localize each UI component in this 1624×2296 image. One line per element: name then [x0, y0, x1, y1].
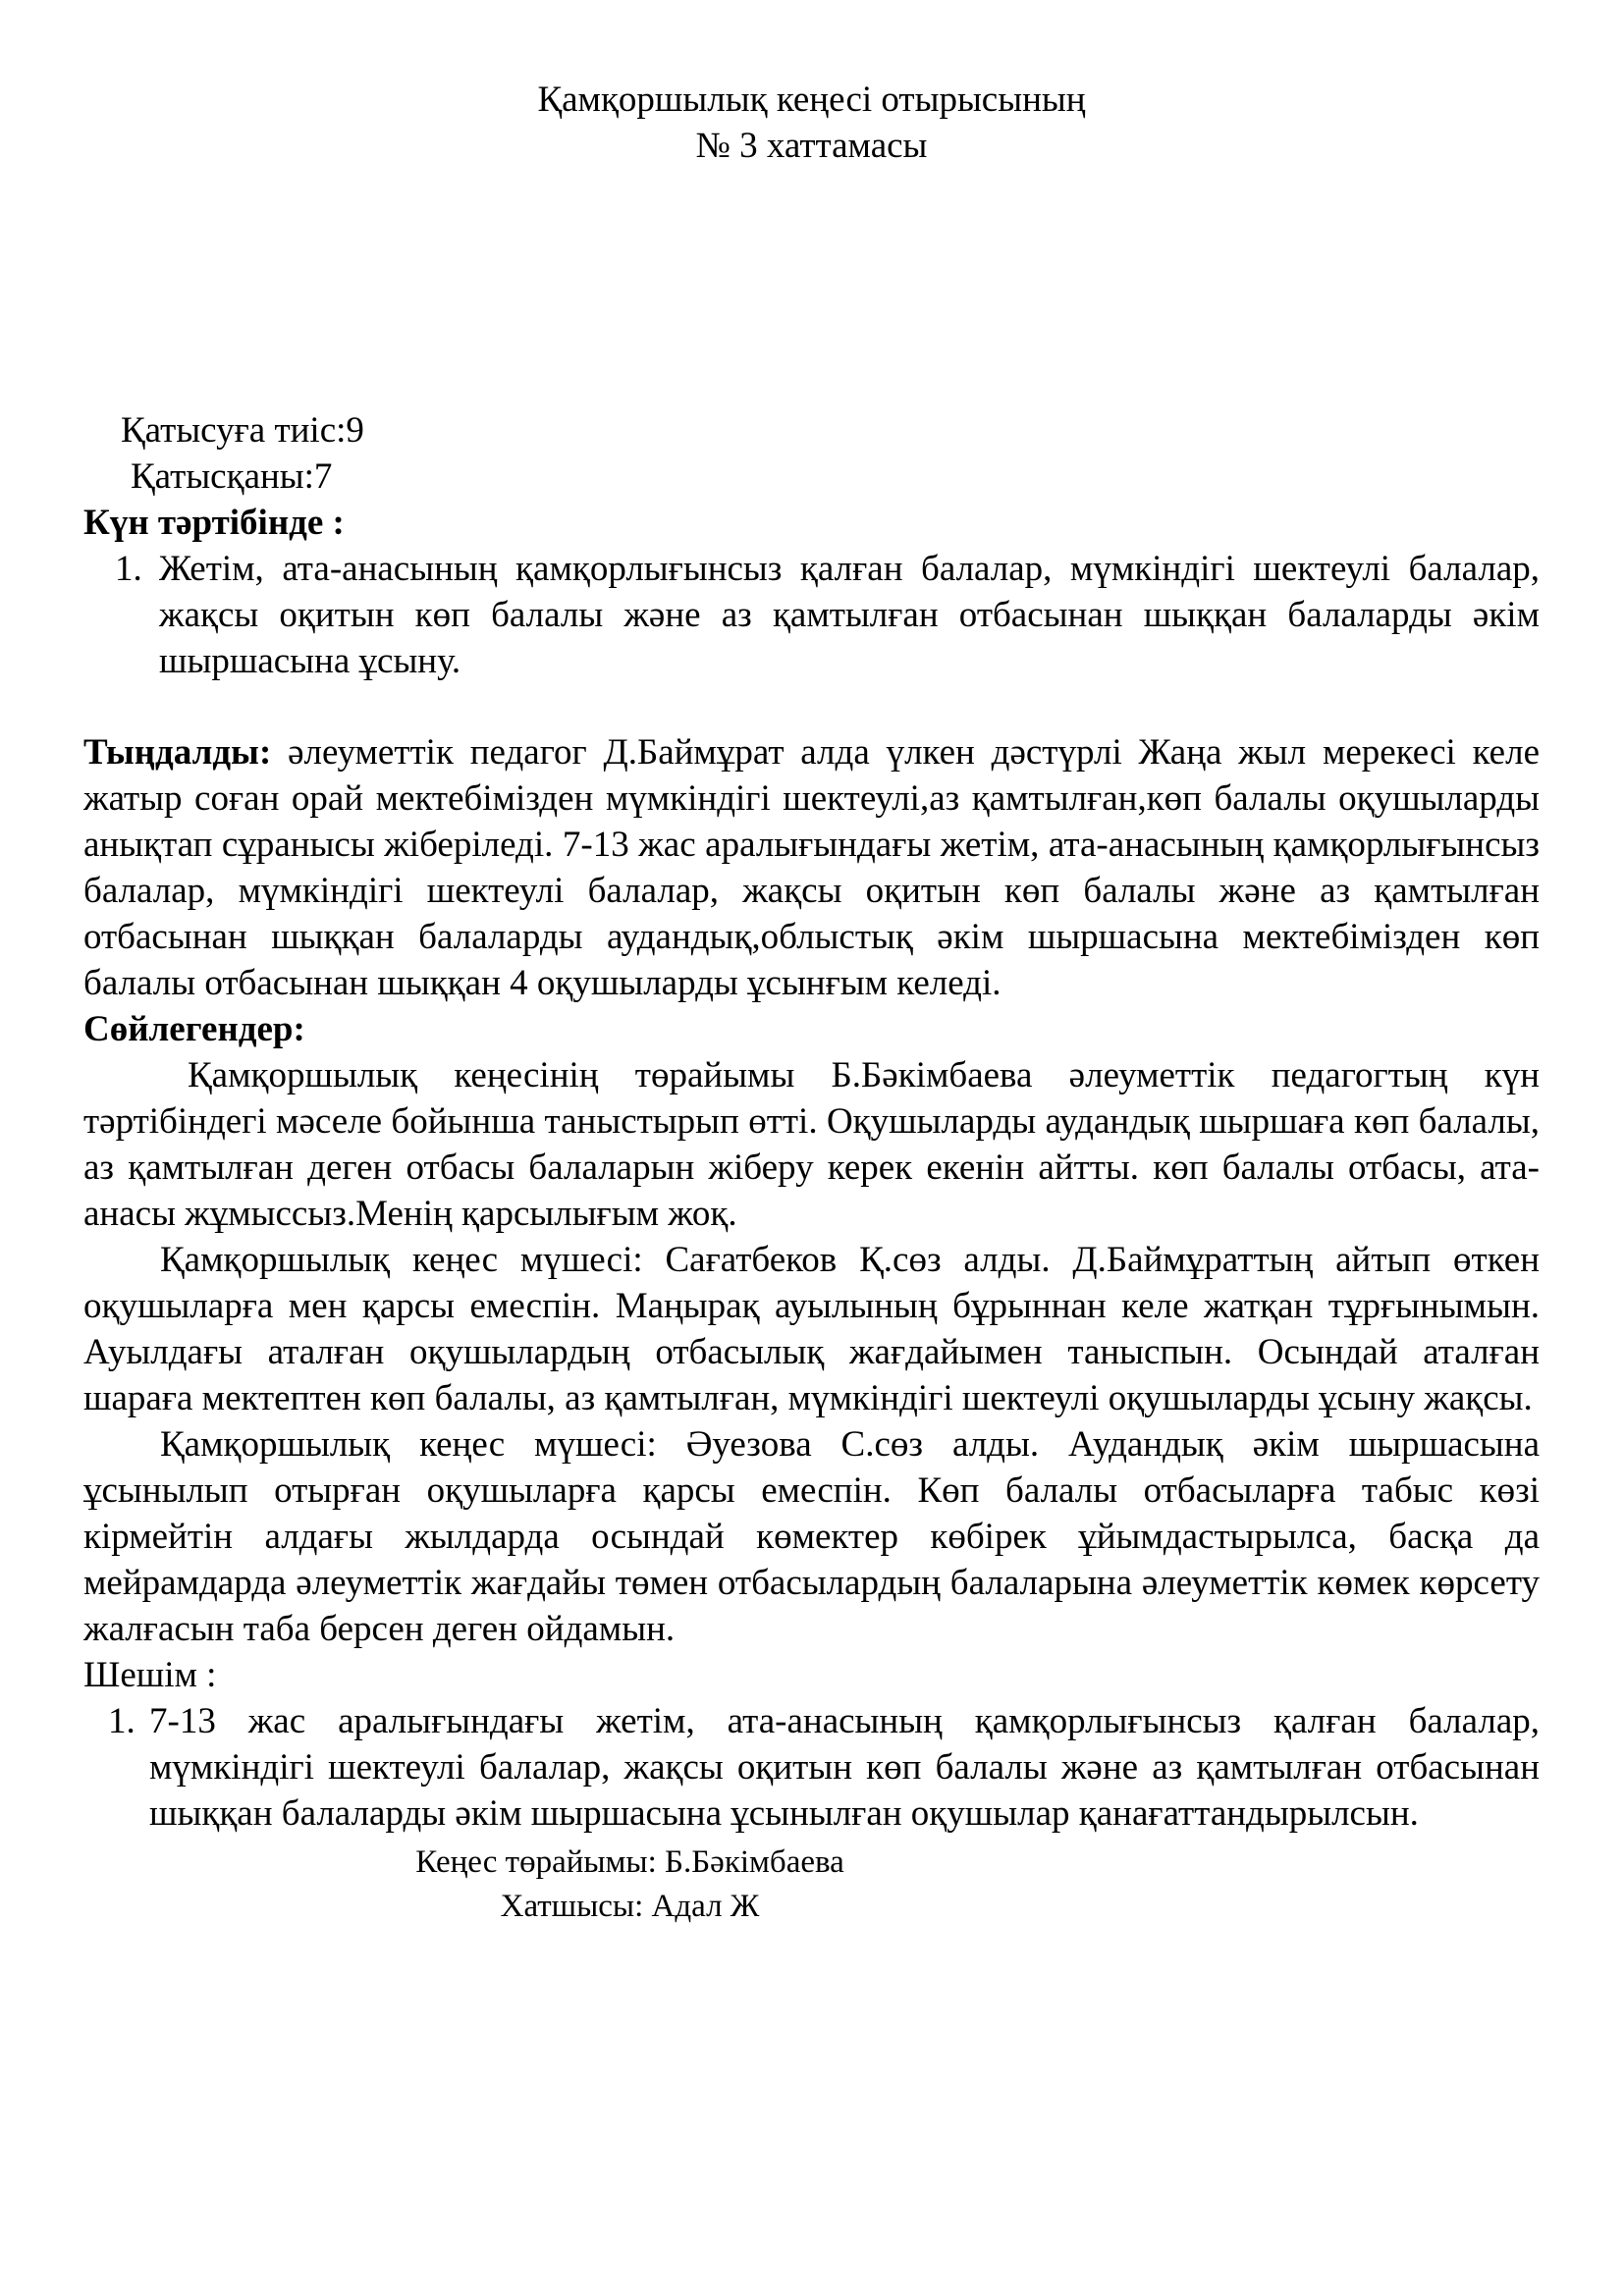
- speaker-paragraph-auezova: Қамқоршылық кеңес мүшесі: Әуезова С.сөз …: [83, 1421, 1540, 1652]
- speakers-heading: Сөйлегендер:: [83, 1006, 1540, 1052]
- document-title-line2: № 3 хаттамасы: [83, 123, 1540, 169]
- decision-heading: Шешім :: [83, 1652, 1540, 1698]
- section-gap: [83, 684, 1540, 729]
- signature-secretary: Хатшысы: Адал Ж: [83, 1885, 1176, 1929]
- document-page: Қамқоршылық кеңесі отырысының № 3 хаттам…: [0, 0, 1624, 2296]
- agenda-item-number: 1.: [115, 546, 159, 592]
- agenda-item-1: 1. Жетім, ата-анасының қамқорлығынсыз қа…: [83, 546, 1540, 684]
- agenda-item-text: Жетім, ата-анасының қамқорлығынсыз қалға…: [159, 546, 1540, 684]
- signature-chair: Кеңес төрайымы: Б.Бәкімбаева: [83, 1841, 1176, 1885]
- heard-label: Тыңдалды:: [83, 732, 271, 773]
- attendance-expected: Қатысуға тиіс:9: [83, 407, 1540, 454]
- speaker-paragraph-sagatbekov: Қамқоршылық кеңес мүшесі: Сағатбеков Қ.с…: [83, 1237, 1540, 1421]
- speaker-paragraph-chairwoman: Қамқоршылық кеңесінің төрайымы Б.Бәкімба…: [83, 1052, 1540, 1237]
- attendance-attended: Қатысқаны:7: [83, 454, 1540, 500]
- document-title-line1: Қамқоршылық кеңесі отырысының: [83, 77, 1540, 123]
- signature-block: Кеңес төрайымы: Б.Бәкімбаева Хатшысы: Ад…: [83, 1841, 1176, 1929]
- decision-item-1: 1. 7-13 жас аралығындағы жетім, ата-анас…: [83, 1698, 1540, 1837]
- title-gap: [83, 169, 1540, 407]
- document-title: Қамқоршылық кеңесі отырысының № 3 хаттам…: [83, 77, 1540, 169]
- heard-text: әлеуметтік педагог Д.Баймұрат алда үлкен…: [83, 732, 1540, 1003]
- decision-item-text: 7-13 жас аралығындағы жетім, ата-анасыны…: [149, 1698, 1540, 1837]
- decision-item-number: 1.: [108, 1698, 149, 1744]
- heard-paragraph: Тыңдалды: әлеуметтік педагог Д.Баймұрат …: [83, 729, 1540, 1006]
- agenda-heading: Күн тәртібінде :: [83, 500, 1540, 546]
